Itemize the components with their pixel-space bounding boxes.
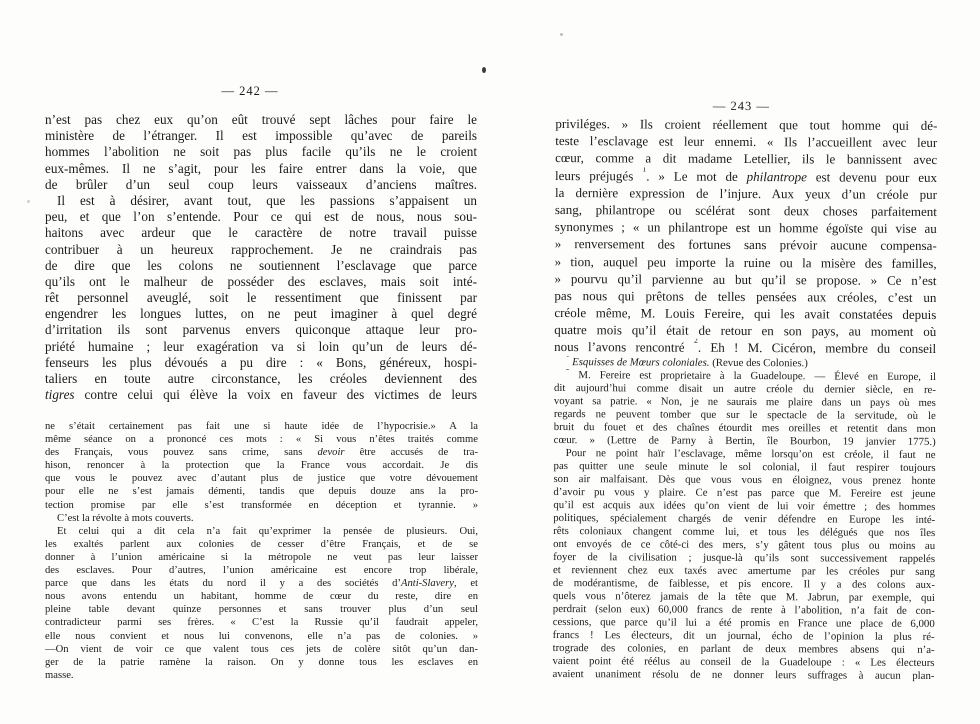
text-line: C’est la révolte à mots couverts.	[45, 512, 478, 525]
text-line: la dernière expression de l’injure. Aux …	[555, 184, 937, 203]
text-line: nous avons entendu un habitant, homme de…	[45, 590, 478, 603]
text-line: synonymes ; « un philantrope est un homm…	[555, 218, 937, 237]
text-line: engendrer les longues luttes, on ne peut…	[45, 306, 477, 322]
text-line: —On vient de voir ce que valent tous ces…	[45, 643, 478, 656]
text-line: contribuer à un heureux rapprochement. J…	[45, 242, 477, 258]
page-243-footnotes: 1 Esquisses de Mœurs coloniales. (Revue …	[552, 356, 936, 683]
text-line: teste l’esclavage est leur ennemi. « Ils…	[555, 132, 937, 151]
text-line: masse.	[45, 669, 478, 682]
text-line: fenseurs les plus dévoués a pu dire : « …	[45, 355, 477, 371]
text-line: créole même, M. Louis Fereire, qui les a…	[554, 304, 936, 323]
text-line: ministère de l’étranger. Il est impossib…	[45, 128, 477, 144]
text-line: donner à l’union américaine si la métrop…	[45, 551, 478, 564]
text-line: sang, philantrope ou scélérat sont deux …	[555, 201, 937, 220]
text-line: quatre mois qu’il était de retour en son…	[554, 321, 936, 340]
text-line: peu, et que l’on s’entende. Pour ce qui …	[45, 209, 477, 225]
text-line: les exaltés parlent aux colonies de cess…	[45, 538, 478, 551]
text-line: n’est pas chez eux qu’on eût trouvé sept…	[45, 112, 477, 128]
text-line: haitons avec ardeur que le caractère de …	[45, 225, 477, 241]
text-line: elle nous convient et nous lui convenons…	[45, 630, 478, 643]
text-line: » tion, auquel peu importe la ruine ou l…	[555, 252, 937, 271]
text-line: rêt personnel aveuglé, soit le ressentim…	[45, 290, 477, 306]
text-line: même séance on a prononcé ces mots : « S…	[45, 433, 478, 446]
ink-speck	[560, 33, 563, 36]
text-line: nous l’avons rencontré 2. Eh ! M. Cicéro…	[554, 338, 936, 357]
text-line: qu’ils ont le malheur de posséder des es…	[45, 274, 477, 290]
text-line: contradicteur parmi ses frères. « C’est …	[45, 616, 478, 629]
text-line: que vous le pouvez avec d’autant plus de…	[45, 472, 478, 485]
text-line: Et celui qui a dit cela n’a fait qu’expr…	[45, 525, 478, 538]
text-line: d’irritation ils sont parvenus envers qu…	[45, 322, 477, 338]
page-243-main-text: priviléges. » Ils croient réellement que…	[554, 115, 937, 358]
text-line: Il est à désirer, avant tout, que les pa…	[45, 193, 477, 209]
text-line: taliers en toute autre circonstance, les…	[45, 371, 477, 387]
text-line: pas nous qui prêtons de telles pensées a…	[554, 287, 936, 306]
text-line: tection promise par elle s’est transform…	[45, 499, 478, 512]
page-243-number: — 243 —	[555, 98, 927, 115]
page-242-number: — 242 —	[45, 84, 455, 99]
text-line: leurs préjugés 1. » Le mot de philantrop…	[555, 167, 937, 186]
text-line: eux-mêmes. Il ne s’agit, pour les faire …	[45, 161, 477, 177]
text-line: cœur, comme a dit madame Letellier, ils …	[555, 149, 937, 168]
ink-speck	[27, 200, 30, 203]
page-242-main-text: n’est pas chez eux qu’on eût trouvé sept…	[45, 112, 477, 403]
text-line: des esclaves. Pour d’autres, l’union amé…	[45, 564, 478, 577]
text-line: pleine table devant quinze personnes et …	[45, 603, 478, 616]
text-line: de dire que les colons ne soutiennent l’…	[45, 258, 477, 274]
text-line: » renversement des fortunes sans prévoir…	[555, 235, 937, 254]
ink-speck	[482, 67, 486, 73]
text-line: priviléges. » Ils croient réellement que…	[555, 115, 937, 134]
text-line: pour elle ne s’est jamais démenti, tandi…	[45, 485, 478, 498]
text-line: » pourvu qu’il parvienne au but qu’il se…	[554, 270, 936, 289]
text-line: des Français, vous pouvez sans crime, sa…	[45, 446, 478, 459]
page-243: — 243 — priviléges. » Ils croient réelle…	[552, 0, 940, 724]
text-line: parce que dans les états du nord il y a …	[45, 577, 478, 590]
text-line: hommes l’abolition ne soit pas plus faci…	[45, 144, 477, 160]
text-line: hison, renoncer à la protection que la F…	[45, 459, 478, 472]
text-line: avaient unaniment résolu de ne donner le…	[552, 668, 934, 683]
text-line: tigres contre celui qui élève la voix en…	[45, 387, 477, 403]
text-line: ger de la patrie ramène la raison. On y …	[45, 656, 478, 669]
scanned-book-spread: — 242 — n’est pas chez eux qu’on eût tro…	[0, 0, 980, 724]
page-242-footnotes: ne s’était certainement pas fait une si …	[45, 420, 478, 682]
text-line: de brûler d’un seul coup leurs vaisseaux…	[45, 177, 477, 193]
text-line: ne s’était certainement pas fait une si …	[45, 420, 478, 433]
text-line: priété humaine ; leur exagération va si …	[45, 339, 477, 355]
